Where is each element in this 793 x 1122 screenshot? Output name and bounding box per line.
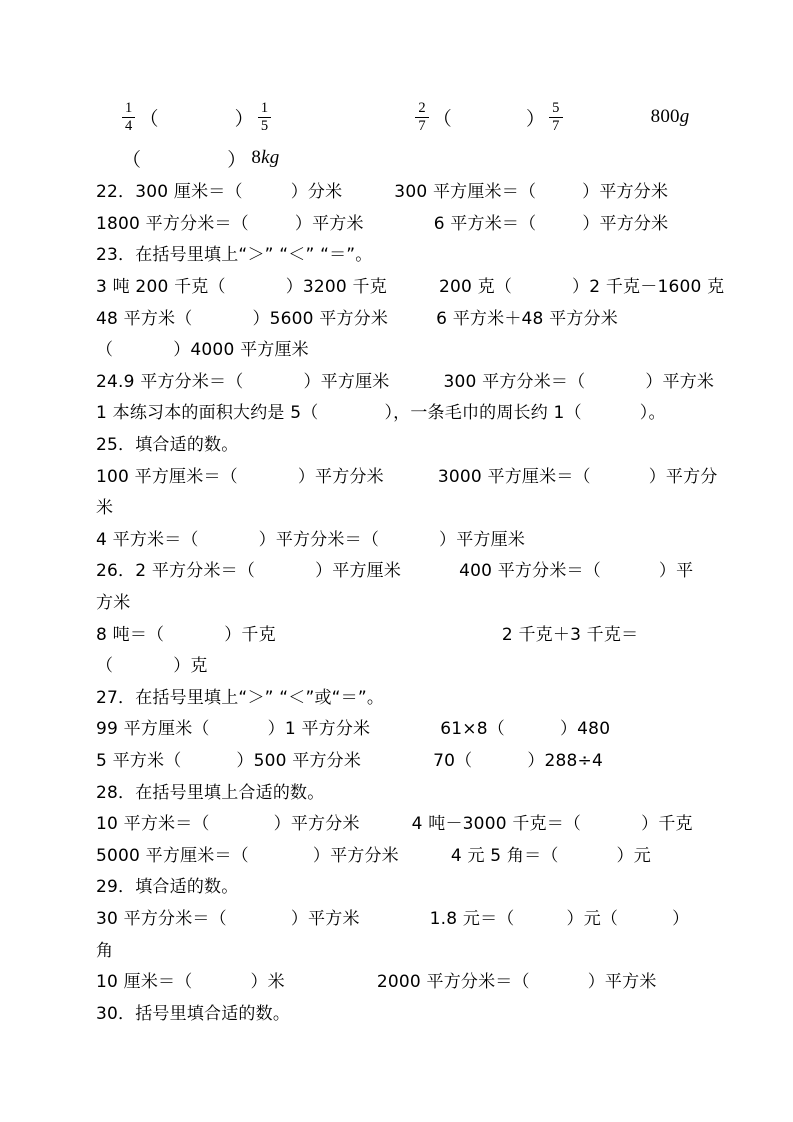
text-segment: （: [122, 145, 141, 172]
q26-row-1: 26．2 平方分米＝（）平方厘米400 平方分米＝（）平: [96, 553, 753, 585]
text-segment: ）平方厘米: [439, 525, 525, 550]
text-segment: 28．在括号里填上合适的数。: [96, 778, 324, 803]
fraction: 14: [122, 100, 135, 133]
text-segment: 29．填合适的数。: [96, 872, 238, 897]
text-segment: 61×8（: [440, 714, 505, 739]
text-segment: 30 平方分米＝（: [96, 904, 227, 929]
text-segment: ）480: [560, 714, 610, 739]
text-segment: 300 平方分米＝（: [443, 367, 585, 392]
fraction-denominator: 7: [549, 118, 562, 134]
text-segment: 1.8 元＝（: [430, 904, 515, 929]
text-segment: ）克: [173, 651, 207, 676]
text-segment: 400 平方分米＝（: [459, 556, 601, 581]
fraction-denominator: 4: [122, 118, 135, 134]
q30-title: 30．括号里填合适的数。: [96, 995, 753, 1027]
text-segment: 2000 平方分米＝（: [377, 967, 530, 992]
text-segment: ）500 平方分米: [236, 746, 361, 771]
text-segment: 8: [251, 147, 261, 169]
text-segment: ）平方分: [649, 462, 718, 487]
q27-row-2: 5 平方米（）500 平方分米70（）288÷4: [96, 743, 753, 775]
fraction-numerator: 5: [549, 100, 562, 117]
q28-row-2: 5000 平方厘米＝（）平方分米4 元 5 角＝（）元: [96, 837, 753, 869]
q23-row-1: 3 吨 200 千克（）3200 千克200 克（）2 千克－1600 克: [96, 269, 753, 301]
text-segment: ）米: [250, 967, 284, 992]
q22-row-1: 22．300 厘米＝（）分米300 平方厘米＝（）平方分米: [96, 174, 753, 206]
q21-blank-row-1: 14（）1527（）57800g: [96, 92, 753, 142]
fraction: 57: [549, 100, 562, 133]
text-segment: 1 本练习本的面积大约是 5（: [96, 398, 318, 423]
fraction: 15: [258, 100, 271, 133]
q29-row-1-wrap: 角: [96, 932, 753, 964]
text-segment: 25．填合适的数。: [96, 430, 238, 455]
q28-title: 28．在括号里填上合适的数。: [96, 774, 753, 806]
text-segment: 2 千克＋3 千克＝: [502, 620, 638, 645]
text-segment: ）分米: [291, 177, 343, 202]
q29-row-1: 30 平方分米＝（）平方米1.8 元＝（）元（）: [96, 901, 753, 933]
text-segment: 10 平方米＝（: [96, 809, 210, 834]
text-segment: ）平方分米: [582, 177, 668, 202]
fraction-numerator: 2: [415, 100, 428, 117]
text-segment: ）千克: [224, 620, 276, 645]
text-segment: ）: [672, 904, 689, 929]
text-segment: 角: [96, 936, 113, 961]
q29-row-2: 10 厘米＝（）米2000 平方分米＝（）平方米: [96, 964, 753, 996]
q24-row-1: 24.9 平方分米＝（）平方厘米300 平方分米＝（）平方米: [96, 364, 753, 396]
q26-row-3: （）克: [96, 648, 753, 680]
text-segment: 5 平方米（: [96, 746, 181, 771]
text-segment: 6 平方米＝（: [434, 209, 537, 234]
text-segment: ）3200 千克: [286, 272, 387, 297]
text-segment: （: [96, 335, 113, 360]
text-segment: 4 吨－3000 千克＝（: [412, 809, 582, 834]
text-segment: ）1 平方分米: [268, 714, 371, 739]
text-segment: g: [680, 106, 690, 128]
text-segment: 30．括号里填合适的数。: [96, 999, 290, 1024]
text-segment: ）元（: [567, 904, 619, 929]
text-segment: ）平方分米＝（: [259, 525, 379, 550]
q29-title: 29．填合适的数。: [96, 869, 753, 901]
fraction-denominator: 5: [258, 118, 271, 134]
text-segment: 方米: [96, 588, 130, 613]
text-segment: ）平方分米: [274, 809, 360, 834]
text-segment: 8 吨＝（: [96, 620, 164, 645]
q25-row-2: 4 平方米＝（）平方分米＝（）平方厘米: [96, 522, 753, 554]
q23-row-3: （）4000 平方厘米: [96, 332, 753, 364]
text-segment: ）2 千克－1600 克: [572, 272, 724, 297]
q23-row-2: 48 平方米（）5600 平方分米6 平方米＋48 平方分米: [96, 300, 753, 332]
text-segment: ）平方米: [291, 904, 360, 929]
q22-row-2: 1800 平方分米＝（）平方米6 平方米＝（）平方分米: [96, 206, 753, 238]
text-segment: 10 厘米＝（: [96, 967, 192, 992]
q26-row-1-wrap: 方米: [96, 585, 753, 617]
q27-row-1: 99 平方厘米（）1 平方分米61×8（）480: [96, 711, 753, 743]
text-segment: 4 平方米＝（: [96, 525, 199, 550]
text-segment: 800: [651, 106, 680, 128]
q21-blank-row-2: （）8kg: [96, 142, 753, 174]
q25-row-1-wrap: 米: [96, 490, 753, 522]
text-segment: 99 平方厘米（: [96, 714, 210, 739]
q25-title: 25．填合适的数。: [96, 427, 753, 459]
q26-row-2: 8 吨＝（）千克2 千克＋3 千克＝: [96, 616, 753, 648]
text-segment: ），一条毛巾的周长约 1（: [384, 398, 581, 423]
text-segment: （: [139, 104, 158, 131]
text-segment: ）平: [659, 556, 693, 581]
text-segment: 6 平方米＋48 平方分米: [436, 304, 618, 329]
text-segment: 4 元 5 角＝（: [451, 841, 559, 866]
fraction: 27: [415, 100, 428, 133]
text-segment: ）5600 平方分米: [252, 304, 388, 329]
text-segment: ）平方分米: [582, 209, 668, 234]
text-segment: 22．300 厘米＝（: [96, 177, 243, 202]
text-segment: 48 平方米（: [96, 304, 192, 329]
text-segment: 米: [96, 493, 113, 518]
text-segment: ）千克: [641, 809, 693, 834]
text-segment: 300 平方厘米＝（: [394, 177, 536, 202]
text-segment: ）平方米: [588, 967, 657, 992]
text-segment: 100 平方厘米＝（: [96, 462, 238, 487]
text-segment: ）平方米: [295, 209, 364, 234]
text-segment: ）平方分米: [298, 462, 384, 487]
text-segment: 3000 平方厘米＝（: [438, 462, 591, 487]
fraction-numerator: 1: [122, 100, 135, 117]
text-segment: 3 吨 200 千克（: [96, 272, 226, 297]
q24-row-2: 1 本练习本的面积大约是 5（），一条毛巾的周长约 1（）。: [96, 395, 753, 427]
text-segment: 27．在括号里填上“＞” “＜”或“＝”。: [96, 683, 384, 708]
text-segment: ）元: [617, 841, 651, 866]
text-segment: ）288÷4: [527, 746, 603, 771]
text-segment: 26．2 平方分米＝（: [96, 556, 255, 581]
worksheet-page: 14（）1527（）57800g（）8kg22．300 厘米＝（）分米300 平…: [0, 0, 793, 1122]
text-segment: ）平方米: [645, 367, 714, 392]
q23-title: 23．在括号里填上“＞” “＜” “＝”。: [96, 237, 753, 269]
fraction-numerator: 1: [258, 100, 271, 117]
fraction-denominator: 7: [415, 118, 428, 134]
text-segment: ）平方厘米: [303, 367, 389, 392]
text-segment: ）: [526, 104, 545, 131]
text-segment: 70（: [433, 746, 472, 771]
text-segment: 5000 平方厘米＝（: [96, 841, 249, 866]
text-segment: 200 克（: [439, 272, 512, 297]
text-segment: ）4000 平方厘米: [173, 335, 309, 360]
text-segment: ）: [235, 104, 254, 131]
text-segment: kg: [261, 147, 279, 169]
text-segment: 1800 平方分米＝（: [96, 209, 249, 234]
text-segment: ）: [227, 145, 246, 172]
text-segment: 24.9 平方分米＝（: [96, 367, 243, 392]
text-segment: （: [433, 104, 452, 131]
text-segment: ）平方分米: [313, 841, 399, 866]
text-segment: （: [96, 651, 113, 676]
q27-title: 27．在括号里填上“＞” “＜”或“＝”。: [96, 680, 753, 712]
text-segment: ）。: [640, 398, 666, 423]
q28-row-1: 10 平方米＝（）平方分米4 吨－3000 千克＝（）千克: [96, 806, 753, 838]
text-segment: 23．在括号里填上“＞” “＜” “＝”。: [96, 240, 372, 265]
text-segment: ）平方厘米: [315, 556, 401, 581]
q25-row-1: 100 平方厘米＝（）平方分米3000 平方厘米＝（）平方分: [96, 458, 753, 490]
